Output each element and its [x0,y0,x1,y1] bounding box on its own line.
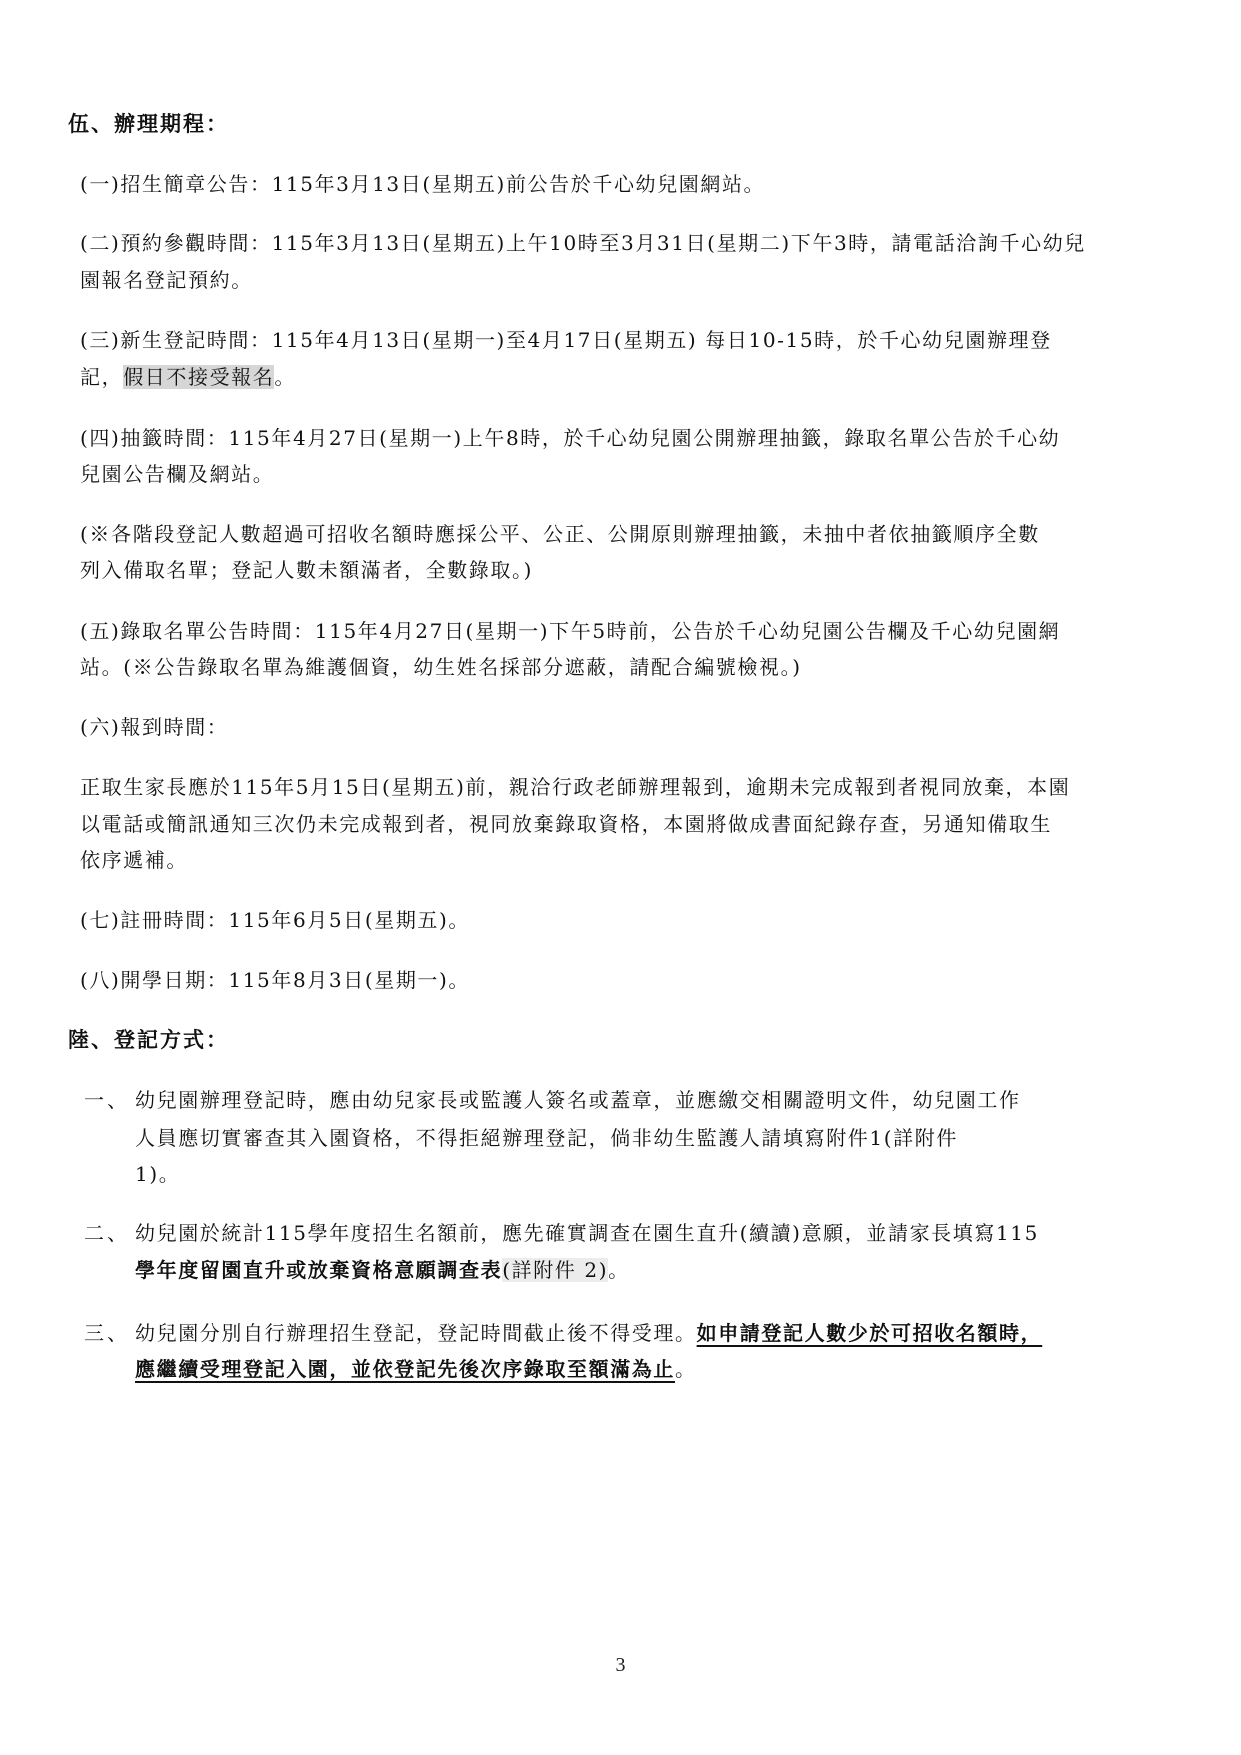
schedule-item-8: (八)開學日期：115年8月3日(星期一)。 [80,966,470,994]
schedule-item-3-line2: 記，假日不接受報名。 [80,363,296,391]
method-item-3-line2-suffix: 。 [675,1357,697,1381]
schedule-item-6-line3: 依序遞補。 [80,846,188,874]
survey-form-title: 學年度留園直升或放棄資格意願調查表 [135,1258,502,1282]
method-item-1-line1: 幼兒園辦理登記時，應由幼兒家長或監護人簽名或蓋章，並應繳交相關證明文件，幼兒園工… [135,1086,1021,1114]
schedule-item-1: (一)招生簡章公告：115年3月13日(星期五)前公告於千心幼兒園網站。 [80,170,765,198]
schedule-item-7: (七)註冊時間：115年6月5日(星期五)。 [80,906,470,934]
schedule-item-5-line2: 站。(※公告錄取名單為維護個資，幼生姓名採部分遮蔽，請配合編號檢視。) [80,653,802,681]
list-number-2: 二、 [84,1219,130,1247]
method-item-2-line2-suffix: 。 [608,1258,630,1282]
schedule-item-6-line1: 正取生家長應於115年5月15日(星期五)前，親洽行政老師辦理報到，逾期未完成報… [80,773,1070,801]
schedule-item-4-line1: (四)抽籤時間：115年4月27日(星期一)上午8時，於千心幼兒園公開辦理抽籤，… [80,424,1060,452]
page-number: 3 [0,1654,1241,1677]
method-item-2-line1: 幼兒園於統計115學年度招生名額前，應先確實調查在園生直升(續讀)意願，並請家長… [135,1219,1039,1247]
document-page: 伍、辦理期程： (一)招生簡章公告：115年3月13日(星期五)前公告於千心幼兒… [0,0,1241,1755]
schedule-item-5-line1: (五)錄取名單公告時間：115年4月27日(星期一)下午5時前，公告於千心幼兒園… [80,617,1060,645]
method-item-1-line3: 1)。 [135,1160,180,1188]
method-item-3-line2: 應繼續受理登記入園，並依登記先後次序錄取至額滿為止。 [135,1355,697,1383]
attachment-2-reference: (詳附件 2) [502,1258,608,1282]
method-item-3-plain: 幼兒園分別自行辦理招生登記，登記時間截止後不得受理。 [135,1321,697,1345]
schedule-item-3-line1: (三)新生登記時間：115年4月13日(星期一)至4月17日(星期五) 每日10… [80,326,1052,354]
method-item-3-emphasis-part1: 如申請登記人數少於可招收名額時， [697,1321,1043,1345]
section-heading-registration-method: 陸、登記方式： [68,1026,229,1054]
schedule-item-2-line1: (二)預約參觀時間：115年3月13日(星期五)上午10時至3月31日(星期二)… [80,229,1086,257]
schedule-item-4-line2: 兒園公告欄及網站。 [80,460,274,488]
list-number-1: 一、 [84,1086,130,1114]
highlighted-no-weekend-registration: 假日不接受報名 [123,365,274,389]
lottery-note-line1: (※各階段登記人數超過可招收名額時應採公平、公正、公開原則辦理抽籤，未抽中者依抽… [80,520,1040,548]
method-item-3-line1: 幼兒園分別自行辦理招生登記，登記時間截止後不得受理。如申請登記人數少於可招收名額… [135,1319,1042,1347]
schedule-item-3-line2-prefix: 記， [80,365,123,389]
list-number-3: 三、 [84,1319,130,1347]
schedule-item-6-label: (六)報到時間： [80,713,228,741]
method-item-3-emphasis-part2: 應繼續受理登記入園，並依登記先後次序錄取至額滿為止 [135,1357,675,1381]
method-item-2-line2: 學年度留園直升或放棄資格意願調查表(詳附件 2)。 [135,1256,630,1284]
schedule-item-3-line2-suffix: 。 [274,365,296,389]
schedule-item-2-line2: 園報名登記預約。 [80,266,253,294]
section-heading-schedule: 伍、辦理期程： [68,110,229,138]
schedule-item-6-line2: 以電話或簡訊通知三次仍未完成報到者，視同放棄錄取資格，本園將做成書面紀錄存查，另… [80,810,1052,838]
method-item-1-line2: 人員應切實審查其入園資格，不得拒絕辦理登記，倘非幼生監護人請填寫附件1(詳附件 [135,1124,958,1152]
lottery-note-line2: 列入備取名單；登記人數未額滿者，全數錄取。) [80,556,533,584]
